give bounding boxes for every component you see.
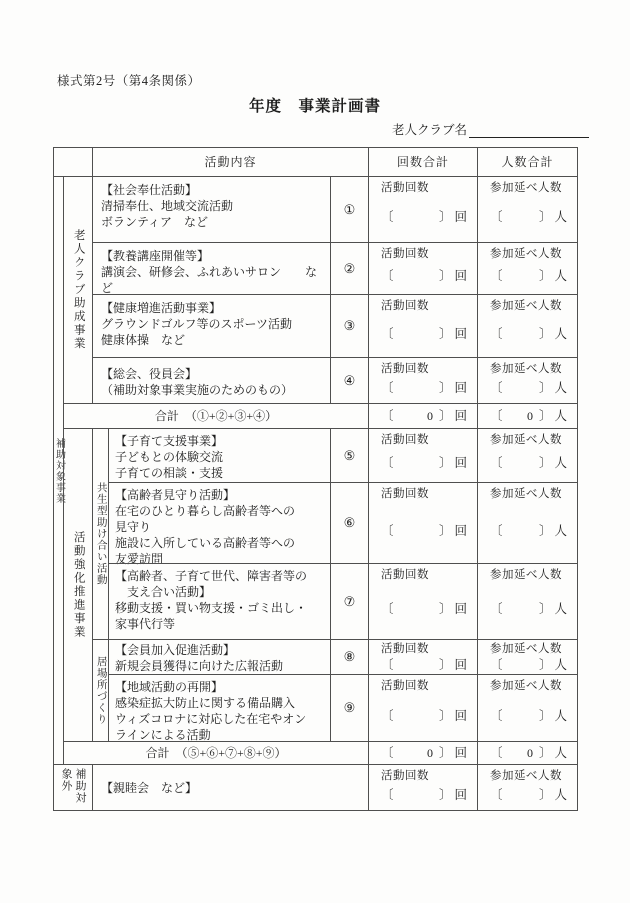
close-bracket: 〕	[439, 745, 452, 761]
activity-heading: 【総会、役員会】	[101, 366, 324, 382]
row-2-people-cell: 参加延べ人数 〔 〕 人	[477, 242, 577, 294]
subtotal-2-label-cell: 合計 （⑤+⑥+⑦+⑧+⑨）	[63, 741, 368, 764]
people-unit: 人	[554, 268, 567, 284]
row-4-number-cell: ④	[330, 357, 368, 403]
count-label: 活動回数	[381, 298, 467, 314]
row-7-count-cell: 活動回数 〔 〕 回	[368, 563, 477, 639]
people-label: 参加延べ人数	[490, 432, 567, 448]
row-9-people-cell: 参加延べ人数 〔 〕 人	[477, 674, 577, 741]
people-label: 参加延べ人数	[490, 180, 567, 196]
subtotal-1-label-cell: 合計 （①+②+③+④）	[63, 403, 368, 428]
subtotal-2-count-cell: 〔 0 〕 回	[368, 741, 477, 764]
count-unit: 回	[454, 326, 467, 342]
count-unit: 回	[454, 601, 467, 617]
extra-row-activity-cell: 【親睦会 など】	[92, 764, 368, 810]
activity-line: 移動支援・買い物支援・ゴミ出し・	[115, 600, 326, 616]
group-place-making-label: 居場所づくり	[95, 656, 106, 725]
close-bracket: 〕	[439, 408, 452, 424]
people-unit: 人	[554, 380, 567, 396]
row-5-count-cell: 活動回数 〔 〕 回	[368, 428, 477, 482]
count-label: 活動回数	[381, 432, 467, 448]
page-title: 年度 事業計画書	[53, 94, 577, 116]
close-bracket: 〕	[539, 657, 552, 673]
count-unit: 回	[454, 708, 467, 724]
count-unit: 回	[454, 380, 467, 396]
activity-line: 在宅のひとり暮らし高齢者等への	[115, 503, 326, 519]
people-label: 参加延べ人数	[490, 567, 567, 583]
activity-heading: 【健康増進活動事業】	[101, 300, 324, 316]
open-bracket: 〔	[381, 455, 394, 471]
group-promotion-cell: 活動強化推進事業	[63, 428, 92, 741]
count-unit: 回	[454, 455, 467, 471]
header-count-label: 回数合計	[397, 154, 449, 170]
people-unit: 人	[554, 708, 567, 724]
close-bracket: 〕	[439, 455, 452, 471]
club-name-label: 老人クラブ名	[392, 120, 467, 138]
activity-line: 健康体操 など	[101, 332, 324, 348]
row-3-count-cell: 活動回数 〔 〕 回	[368, 294, 477, 357]
group-non-subsidized-label: 補助対象外	[59, 768, 87, 808]
row-6-activity-cell: 【高齢者見守り活動】 在宅のひとり暮らし高齢者等への 見守り 施設に入所している…	[108, 482, 330, 563]
close-bracket: 〕	[539, 209, 552, 225]
count-label: 活動回数	[381, 361, 467, 377]
header-activity-cell: 活動内容	[92, 147, 368, 176]
count-unit: 回	[454, 209, 467, 225]
row-1-count-cell: 活動回数 〔 〕 回	[368, 176, 477, 242]
open-bracket: 〔	[381, 708, 394, 724]
people-unit: 人	[554, 787, 567, 803]
people-value: 0	[503, 408, 539, 424]
open-bracket: 〔	[381, 787, 394, 803]
row-1-number-cell: ①	[330, 176, 368, 242]
open-bracket: 〔	[490, 380, 503, 396]
circled-number: ⑧	[344, 649, 356, 665]
document-page: 様式第2号（第4条関係） 年度 事業計画書 老人クラブ名 活動内容 回数合計 人…	[0, 0, 630, 903]
close-bracket: 〕	[439, 708, 452, 724]
row-6-number-cell: ⑥	[330, 482, 368, 563]
activity-heading: 【会員加入促進活動】	[115, 642, 326, 658]
count-label: 活動回数	[381, 180, 467, 196]
activity-line: ウィズコロナに対応した在宅やオン	[115, 711, 326, 727]
row-9-activity-cell: 【地域活動の再開】 感染症拡大防止に関する備品購入 ウィズコロナに対応した在宅や…	[108, 674, 330, 741]
circled-number: ①	[344, 202, 356, 218]
count-label: 活動回数	[381, 486, 467, 502]
count-label: 活動回数	[381, 678, 467, 694]
people-label: 参加延べ人数	[490, 641, 567, 657]
row-6-people-cell: 参加延べ人数 〔 〕 人	[477, 482, 577, 563]
activity-line: 子育ての相談・支援	[115, 465, 326, 481]
count-label: 活動回数	[381, 768, 467, 784]
circled-number: ⑤	[344, 448, 356, 464]
close-bracket: 〕	[439, 209, 452, 225]
open-bracket: 〔	[490, 745, 503, 761]
group-subsidized-label: 補助対象事業	[54, 438, 64, 504]
header-count-cell: 回数合計	[368, 147, 477, 176]
count-value: 0	[394, 408, 439, 424]
activity-heading: （補助対象事業実施のためのもの）	[101, 382, 324, 398]
row-7-people-cell: 参加延べ人数 〔 〕 人	[477, 563, 577, 639]
count-label: 活動回数	[381, 567, 467, 583]
close-bracket: 〕	[539, 523, 552, 539]
close-bracket: 〕	[439, 657, 452, 673]
count-label: 活動回数	[381, 641, 467, 657]
people-unit: 人	[554, 523, 567, 539]
people-label: 参加延べ人数	[490, 678, 567, 694]
group-mutual-aid-label: 共生型助け合い活動	[95, 482, 106, 586]
close-bracket: 〕	[439, 601, 452, 617]
close-bracket: 〕	[439, 326, 452, 342]
row-2-activity-cell: 【教養講座開催等】 講演会、研修会、ふれあいサロン など	[92, 242, 330, 294]
close-bracket: 〕	[539, 268, 552, 284]
row-9-count-cell: 活動回数 〔 〕 回	[368, 674, 477, 741]
activity-heading: 【教養講座開催等】	[101, 248, 324, 264]
close-bracket: 〕	[539, 708, 552, 724]
activity-heading: 【親睦会 など】	[101, 780, 197, 796]
group-non-subsidized-cell: 補助対象外	[53, 764, 92, 810]
activity-heading: 【地域活動の再開】	[115, 679, 326, 695]
circled-number: ④	[344, 373, 356, 389]
circled-number: ⑦	[344, 594, 356, 610]
close-bracket: 〕	[439, 380, 452, 396]
row-8-number-cell: ⑧	[330, 639, 368, 674]
row-5-number-cell: ⑤	[330, 428, 368, 482]
activity-line: グラウンドゴルフ等のスポーツ活動	[101, 316, 324, 332]
open-bracket: 〔	[381, 326, 394, 342]
row-3-number-cell: ③	[330, 294, 368, 357]
subtotal-1-people-cell: 〔 0 〕 人	[477, 403, 577, 428]
people-unit: 人	[554, 745, 567, 761]
row-5-activity-cell: 【子育て支援事業】 子どもとの体験交流 子育ての相談・支援	[108, 428, 330, 482]
group-promotion-label: 活動強化推進事業	[72, 531, 84, 639]
count-value: 0	[394, 745, 439, 761]
people-unit: 人	[554, 657, 567, 673]
activity-line: 新規会員獲得に向けた広報活動	[115, 658, 326, 674]
row-6-count-cell: 活動回数 〔 〕 回	[368, 482, 477, 563]
header-activity-label: 活動内容	[204, 154, 256, 170]
open-bracket: 〔	[490, 787, 503, 803]
activity-heading: 【子育て支援事業】	[115, 433, 326, 449]
subtotal-label: 合計 （①+②+③+④）	[155, 408, 277, 424]
close-bracket: 〕	[539, 408, 552, 424]
close-bracket: 〕	[539, 787, 552, 803]
activity-line: ボランティア など	[101, 214, 324, 230]
close-bracket: 〕	[439, 268, 452, 284]
activity-heading: 【高齢者、子育て世代、障害者等の	[115, 568, 326, 584]
people-label: 参加延べ人数	[490, 361, 567, 377]
count-unit: 回	[454, 787, 467, 803]
group-club-grant-cell: 老人クラブ助成事業	[63, 176, 92, 403]
people-unit: 人	[554, 209, 567, 225]
open-bracket: 〔	[490, 209, 503, 225]
subtotal-2-people-cell: 〔 0 〕 人	[477, 741, 577, 764]
people-label: 参加延べ人数	[490, 768, 567, 784]
count-unit: 回	[454, 268, 467, 284]
close-bracket: 〕	[539, 455, 552, 471]
open-bracket: 〔	[381, 523, 394, 539]
open-bracket: 〔	[381, 657, 394, 673]
activity-heading: 【高齢者見守り活動】	[115, 487, 326, 503]
subtotal-label: 合計 （⑤+⑥+⑦+⑧+⑨）	[145, 745, 286, 761]
count-unit: 回	[454, 523, 467, 539]
people-unit: 人	[554, 326, 567, 342]
open-bracket: 〔	[490, 408, 503, 424]
row-3-people-cell: 参加延べ人数 〔 〕 人	[477, 294, 577, 357]
row-3-activity-cell: 【健康増進活動事業】 グラウンドゴルフ等のスポーツ活動 健康体操 など	[92, 294, 330, 357]
activity-line: 見守り	[115, 519, 326, 535]
header-corner-cell	[53, 147, 92, 176]
open-bracket: 〔	[490, 326, 503, 342]
open-bracket: 〔	[381, 745, 394, 761]
count-unit: 回	[454, 408, 467, 424]
circled-number: ⑥	[344, 515, 356, 531]
extra-row-people-cell: 参加延べ人数 〔 〕 人	[477, 764, 577, 810]
open-bracket: 〔	[381, 380, 394, 396]
close-bracket: 〕	[539, 380, 552, 396]
row-8-people-cell: 参加延べ人数 〔 〕 人	[477, 639, 577, 674]
circled-number: ③	[344, 318, 356, 334]
open-bracket: 〔	[490, 657, 503, 673]
club-name-underline[interactable]	[469, 123, 589, 138]
activity-line: 施設に入所している高齢者等への	[115, 535, 326, 551]
row-1-people-cell: 参加延べ人数 〔 〕 人	[477, 176, 577, 242]
circled-number: ⑨	[344, 700, 356, 716]
header-people-label: 人数合計	[501, 154, 553, 170]
club-name-row: 老人クラブ名	[392, 120, 589, 138]
close-bracket: 〕	[539, 745, 552, 761]
people-unit: 人	[554, 601, 567, 617]
close-bracket: 〕	[539, 326, 552, 342]
group-mutual-aid-cell: 共生型助け合い活動	[92, 428, 108, 639]
close-bracket: 〕	[439, 787, 452, 803]
row-1-activity-cell: 【社会奉仕活動】 清掃奉仕、地域交流活動 ボランティア など	[92, 176, 330, 242]
row-8-activity-cell: 【会員加入促進活動】 新規会員獲得に向けた広報活動	[108, 639, 330, 674]
row-7-number-cell: ⑦	[330, 563, 368, 639]
open-bracket: 〔	[381, 408, 394, 424]
extra-row-count-cell: 活動回数 〔 〕 回	[368, 764, 477, 810]
open-bracket: 〔	[490, 268, 503, 284]
activity-line: 家事代行等	[115, 616, 326, 632]
people-unit: 人	[554, 408, 567, 424]
open-bracket: 〔	[490, 455, 503, 471]
close-bracket: 〕	[539, 601, 552, 617]
group-club-grant-label: 老人クラブ助成事業	[72, 229, 84, 351]
row-4-people-cell: 参加延べ人数 〔 〕 人	[477, 357, 577, 403]
subtotal-1-count-cell: 〔 0 〕 回	[368, 403, 477, 428]
open-bracket: 〔	[381, 209, 394, 225]
open-bracket: 〔	[381, 601, 394, 617]
row-4-activity-cell: 【総会、役員会】 （補助対象事業実施のためのもの）	[92, 357, 330, 403]
activity-line: 子どもとの体験交流	[115, 449, 326, 465]
activity-heading: 支え合い活動】	[115, 584, 326, 600]
header-people-cell: 人数合計	[477, 147, 577, 176]
people-label: 参加延べ人数	[490, 246, 567, 262]
row-2-number-cell: ②	[330, 242, 368, 294]
open-bracket: 〔	[490, 708, 503, 724]
people-label: 参加延べ人数	[490, 486, 567, 502]
people-value: 0	[503, 745, 539, 761]
circled-number: ②	[344, 261, 356, 277]
close-bracket: 〕	[439, 523, 452, 539]
activity-heading: 【社会奉仕活動】	[101, 182, 324, 198]
group-subsidized-cell: 補助対象事業	[53, 176, 63, 764]
activity-line: 講演会、研修会、ふれあいサロン など	[101, 264, 324, 296]
row-5-people-cell: 参加延べ人数 〔 〕 人	[477, 428, 577, 482]
open-bracket: 〔	[490, 523, 503, 539]
form-number: 様式第2号（第4条関係）	[57, 71, 201, 89]
activity-line: 感染症拡大防止に関する備品購入	[115, 695, 326, 711]
row-7-activity-cell: 【高齢者、子育て世代、障害者等の 支え合い活動】 移動支援・買い物支援・ゴミ出し…	[108, 563, 330, 639]
activity-line: 清掃奉仕、地域交流活動	[101, 198, 324, 214]
count-label: 活動回数	[381, 246, 467, 262]
open-bracket: 〔	[490, 601, 503, 617]
open-bracket: 〔	[381, 268, 394, 284]
row-8-count-cell: 活動回数 〔 〕 回	[368, 639, 477, 674]
row-2-count-cell: 活動回数 〔 〕 回	[368, 242, 477, 294]
row-9-number-cell: ⑨	[330, 674, 368, 741]
row-4-count-cell: 活動回数 〔 〕 回	[368, 357, 477, 403]
people-label: 参加延べ人数	[490, 298, 567, 314]
group-place-making-cell: 居場所づくり	[92, 639, 108, 741]
people-unit: 人	[554, 455, 567, 471]
count-unit: 回	[454, 657, 467, 673]
count-unit: 回	[454, 745, 467, 761]
plan-table: 活動内容 回数合計 人数合計 補助対象事業 老人クラブ助成事業 活動強化推進事業…	[53, 147, 578, 811]
